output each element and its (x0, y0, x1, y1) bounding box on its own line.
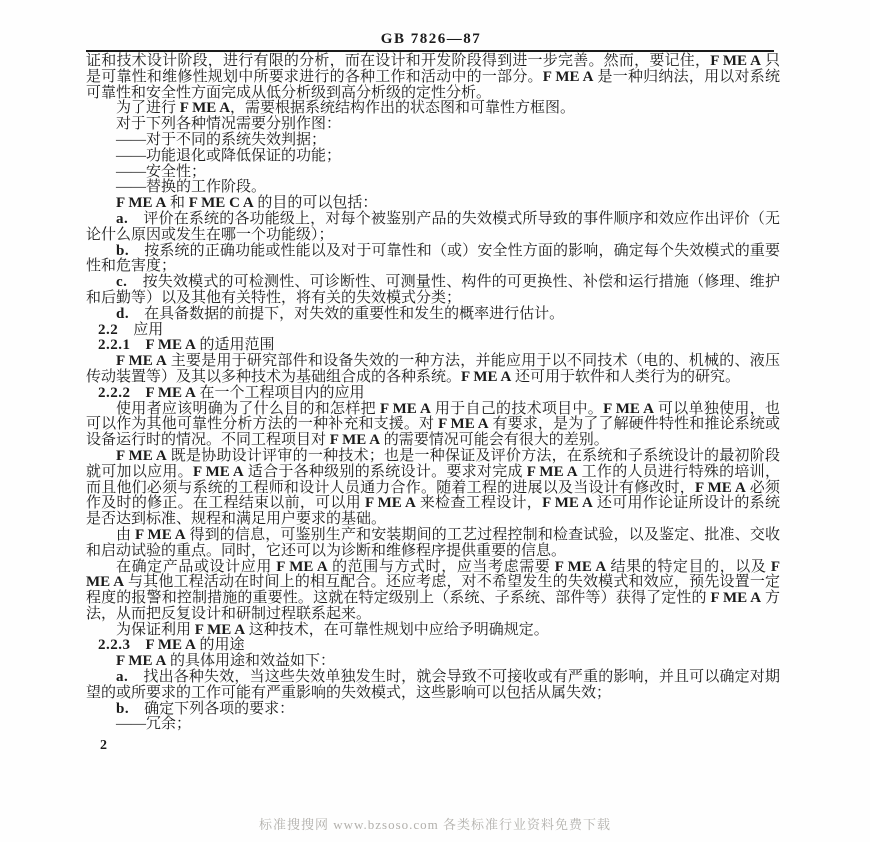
standard-number: GB 7826—87 (86, 31, 776, 48)
paragraph: 证和技术设计阶段，进行有限的分析，而在设计和开发阶段得到进一步完善。然而，要记住… (86, 54, 780, 101)
dash-item: ——功能退化或降低保证的功能； (86, 149, 780, 165)
paragraph: 由 F ME A 得到的信息，可鉴别生产和安装期间的工艺过程控制和检查试验，以及… (86, 528, 780, 560)
list-item: b. 按系统的正确功能或性能以及对于可靠性和（或）安全性方面的影响，确定每个失效… (86, 244, 780, 276)
dash-item: ——冗余； (86, 717, 780, 733)
dash-item: ——替换的工作阶段。 (86, 180, 780, 196)
paragraph: 为了进行 F ME A，需要根据系统结构作出的状态图和可靠性方框图。 (86, 101, 780, 117)
paragraph: 对于下列各种情况需要分别作图： (86, 117, 780, 133)
section-heading: 2.2.3 F ME A 的用途 (86, 638, 780, 654)
list-item: a. 评价在系统的各功能级上，对每个被鉴别产品的失效模式所导致的事件顺序和效应作… (86, 212, 780, 244)
list-item: d. 在具备数据的前提下，对失效的重要性和发生的概率进行估计。 (86, 307, 780, 323)
paragraph: 在确定产品或设计应用 F ME A 的范围与方式时，应当考虑需要 F ME A … (86, 560, 780, 623)
list-item: c. 按失效模式的可检测性、可诊断性、可测量性、构件的可更换性、补偿和运行措施（… (86, 275, 780, 307)
section-heading: 2.2 应用 (86, 323, 780, 339)
document-body: 证和技术设计阶段，进行有限的分析，而在设计和开发阶段得到进一步完善。然而，要记住… (86, 54, 780, 733)
dash-item: ——安全性； (86, 165, 780, 181)
document-page: GB 7826—87 证和技术设计阶段，进行有限的分析，而在设计和开发阶段得到进… (0, 0, 870, 842)
paragraph: 使用者应该明确为了什么目的和怎样把 F ME A 用于自己的技术项目中。F ME… (86, 402, 780, 449)
dash-item: ——对于不同的系统失效判据； (86, 133, 780, 149)
section-heading: 2.2.1 F ME A 的适用范围 (86, 338, 780, 354)
header-rule (86, 50, 774, 52)
paragraph: F ME A 和 F ME C A 的目的可以包括： (86, 196, 780, 212)
paragraph: F ME A 主要是用于研究部件和设备失效的一种方法，并能应用于以不同技术（电的… (86, 354, 780, 386)
section-heading: 2.2.2 F ME A 在一个工程项目内的应用 (86, 386, 780, 402)
paragraph: F ME A 既是协助设计评审的一种技术；也是一种保证及评价方法，在系统和子系统… (86, 449, 780, 528)
page-number: 2 (100, 738, 107, 754)
paragraph: F ME A 的具体用途和效益如下： (86, 654, 780, 670)
footer-watermark: 标准搜搜网 www.bzsoso.com 各类标准行业资料免费下载 (0, 814, 870, 833)
list-item: a. 找出各种失效，当这些失效单独发生时，就会导致不可接收或有严重的影响，并且可… (86, 670, 780, 702)
